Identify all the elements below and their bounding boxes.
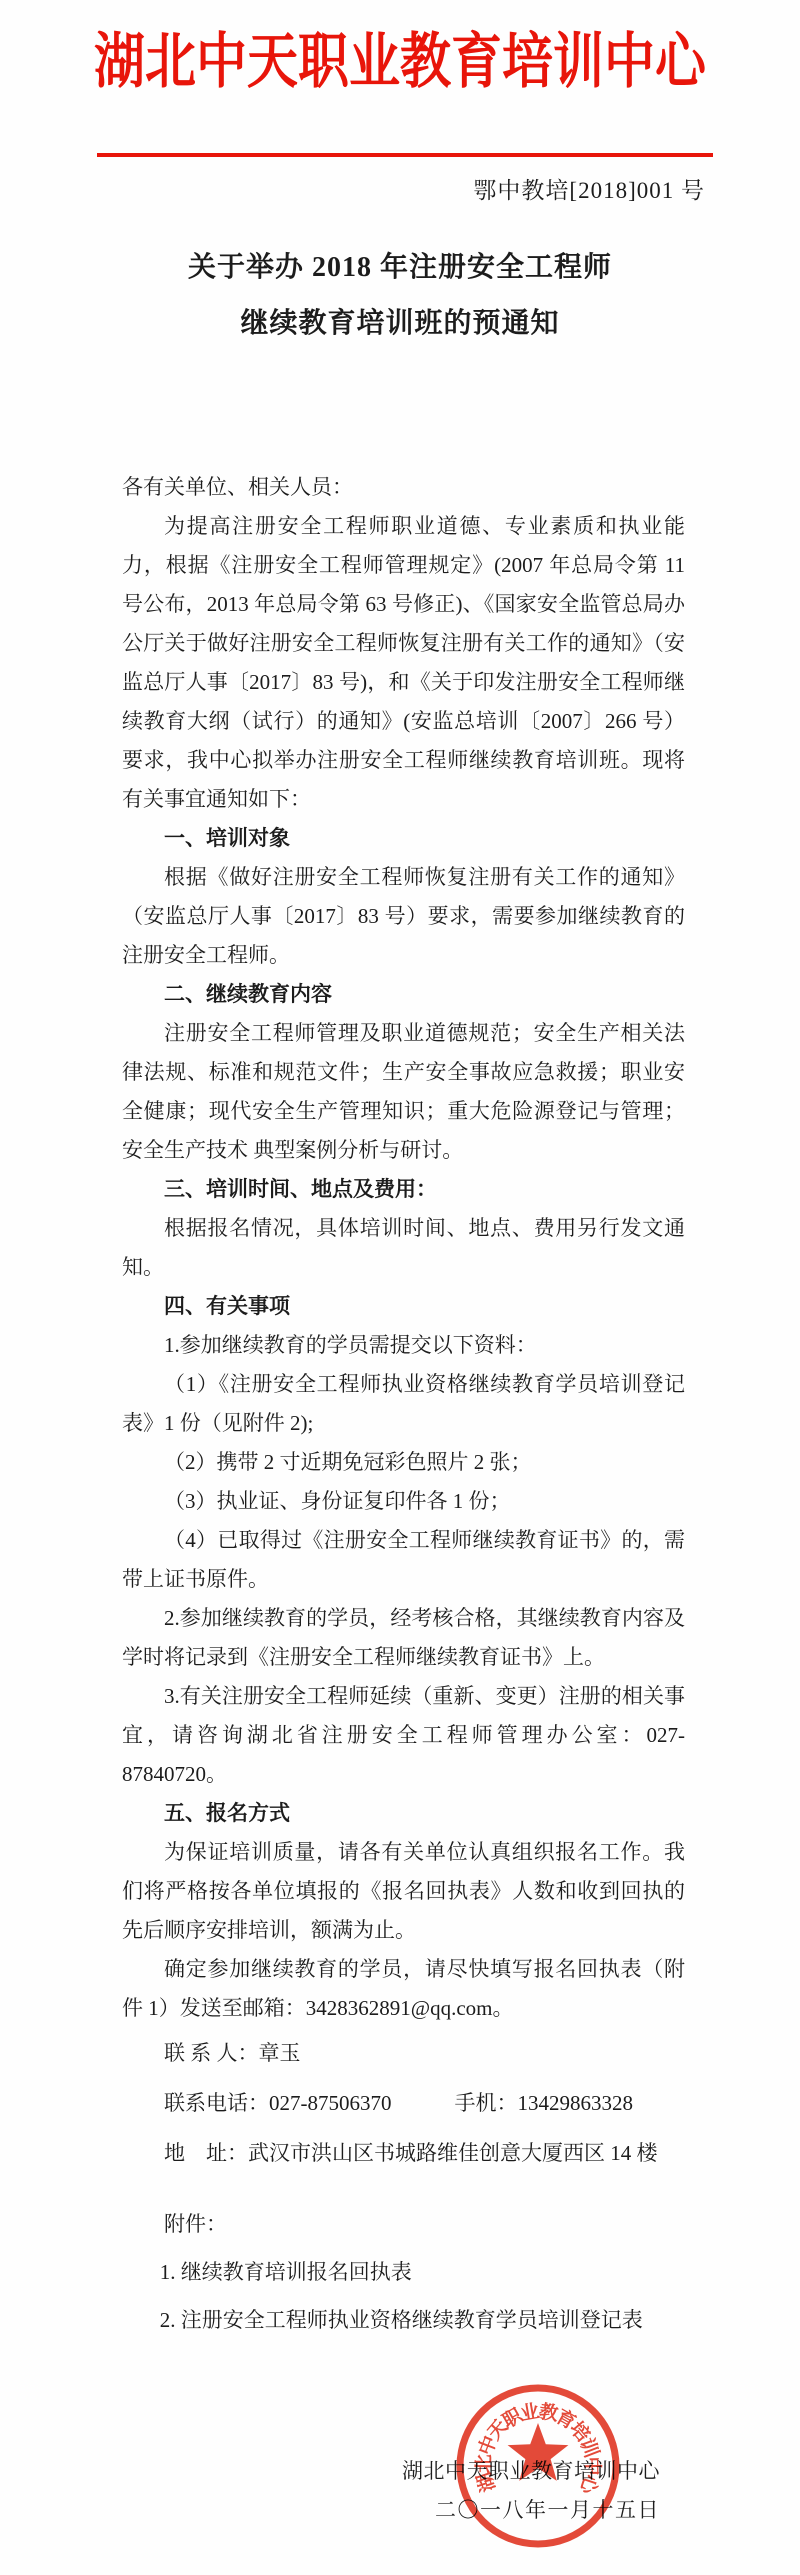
body-line: 一、培训对象	[122, 819, 685, 858]
scanned-notice-document: 湖北中天职业教育培训中心 鄂中教培[2018]001 号 关于举办 2018 年…	[0, 0, 800, 2575]
body-line: 四、有关事项	[122, 1287, 685, 1326]
body-line: （1）《注册安全工程师执业资格继续教育学员培训登记表》1 份（见附件 2);	[122, 1365, 685, 1443]
body-line: 五、报名方式	[122, 1794, 685, 1833]
body-line: 1.参加继续教育的学员需提交以下资料：	[122, 1326, 685, 1365]
body-line: 联 系 人：章玉	[122, 2028, 685, 2078]
body-line: 地 址：武汉市洪山区书城路维佳创意大厦西区 14 楼	[122, 2128, 685, 2178]
body-line: 确定参加继续教育的学员，请尽快填写报名回执表（附件 1）发送至邮箱：342836…	[122, 1950, 685, 2028]
seal-graphic: 湖北中天职业教育培训中心	[450, 2378, 626, 2554]
body-line: （4）已取得过《注册安全工程师继续教育证书》的，需带上证书原件。	[122, 1521, 685, 1599]
official-seal: 湖北中天职业教育培训中心	[450, 2378, 626, 2554]
document-title: 关于举办 2018 年注册安全工程师 继续教育培训班的预通知	[0, 240, 800, 352]
body-line: （3）执业证、身份证复印件各 1 份；	[122, 1482, 685, 1521]
body-line: 3.有关注册安全工程师延续（重新、变更）注册的相关事宜，请咨询湖北省注册安全工程…	[122, 1677, 685, 1794]
document-body: 各有关单位、相关人员：为提高注册安全工程师职业道德、专业素质和执业能力，根据《注…	[122, 468, 685, 2344]
body-line: 联系电话：027-87506370 手机：13429863328	[122, 2078, 685, 2128]
body-line: 2. 注册安全工程师执业资格继续教育学员培训登记表	[122, 2296, 685, 2344]
body-line: 2.参加继续教育的学员，经考核合格，其继续教育内容及学时将记录到《注册安全工程师…	[122, 1599, 685, 1677]
document-title-line1: 关于举办 2018 年注册安全工程师	[0, 240, 800, 296]
star-icon	[508, 2423, 569, 2481]
body-line: 二、继续教育内容	[122, 975, 685, 1014]
body-line: 注册安全工程师管理及职业道德规范；安全生产相关法律法规、标准和规范文件；生产安全…	[122, 1014, 685, 1170]
document-number: 鄂中教培[2018]001 号	[0, 174, 705, 208]
body-line: 三、培训时间、地点及费用：	[122, 1170, 685, 1209]
body-line: 附件：	[122, 2200, 685, 2248]
body-line: 根据《做好注册安全工程师恢复注册有关工作的通知》（安监总厅人事〔2017〕83 …	[122, 858, 685, 975]
body-line: 根据报名情况，具体培训时间、地点、费用另行发文通知。	[122, 1209, 685, 1287]
letterhead-title: 湖北中天职业教育培训中心	[60, 30, 740, 94]
body-line: 为提高注册安全工程师职业道德、专业素质和执业能力，根据《注册安全工程师管理规定》…	[122, 507, 685, 819]
body-line: 各有关单位、相关人员：	[122, 468, 685, 507]
body-line: （2）携带 2 寸近期免冠彩色照片 2 张；	[122, 1443, 685, 1482]
document-title-line2: 继续教育培训班的预通知	[0, 296, 800, 352]
body-line: 为保证培训质量，请各有关单位认真组织报名工作。我们将严格按各单位填报的《报名回执…	[122, 1833, 685, 1950]
body-line: 1. 继续教育培训报名回执表	[122, 2248, 685, 2296]
letterhead-rule	[97, 153, 713, 157]
